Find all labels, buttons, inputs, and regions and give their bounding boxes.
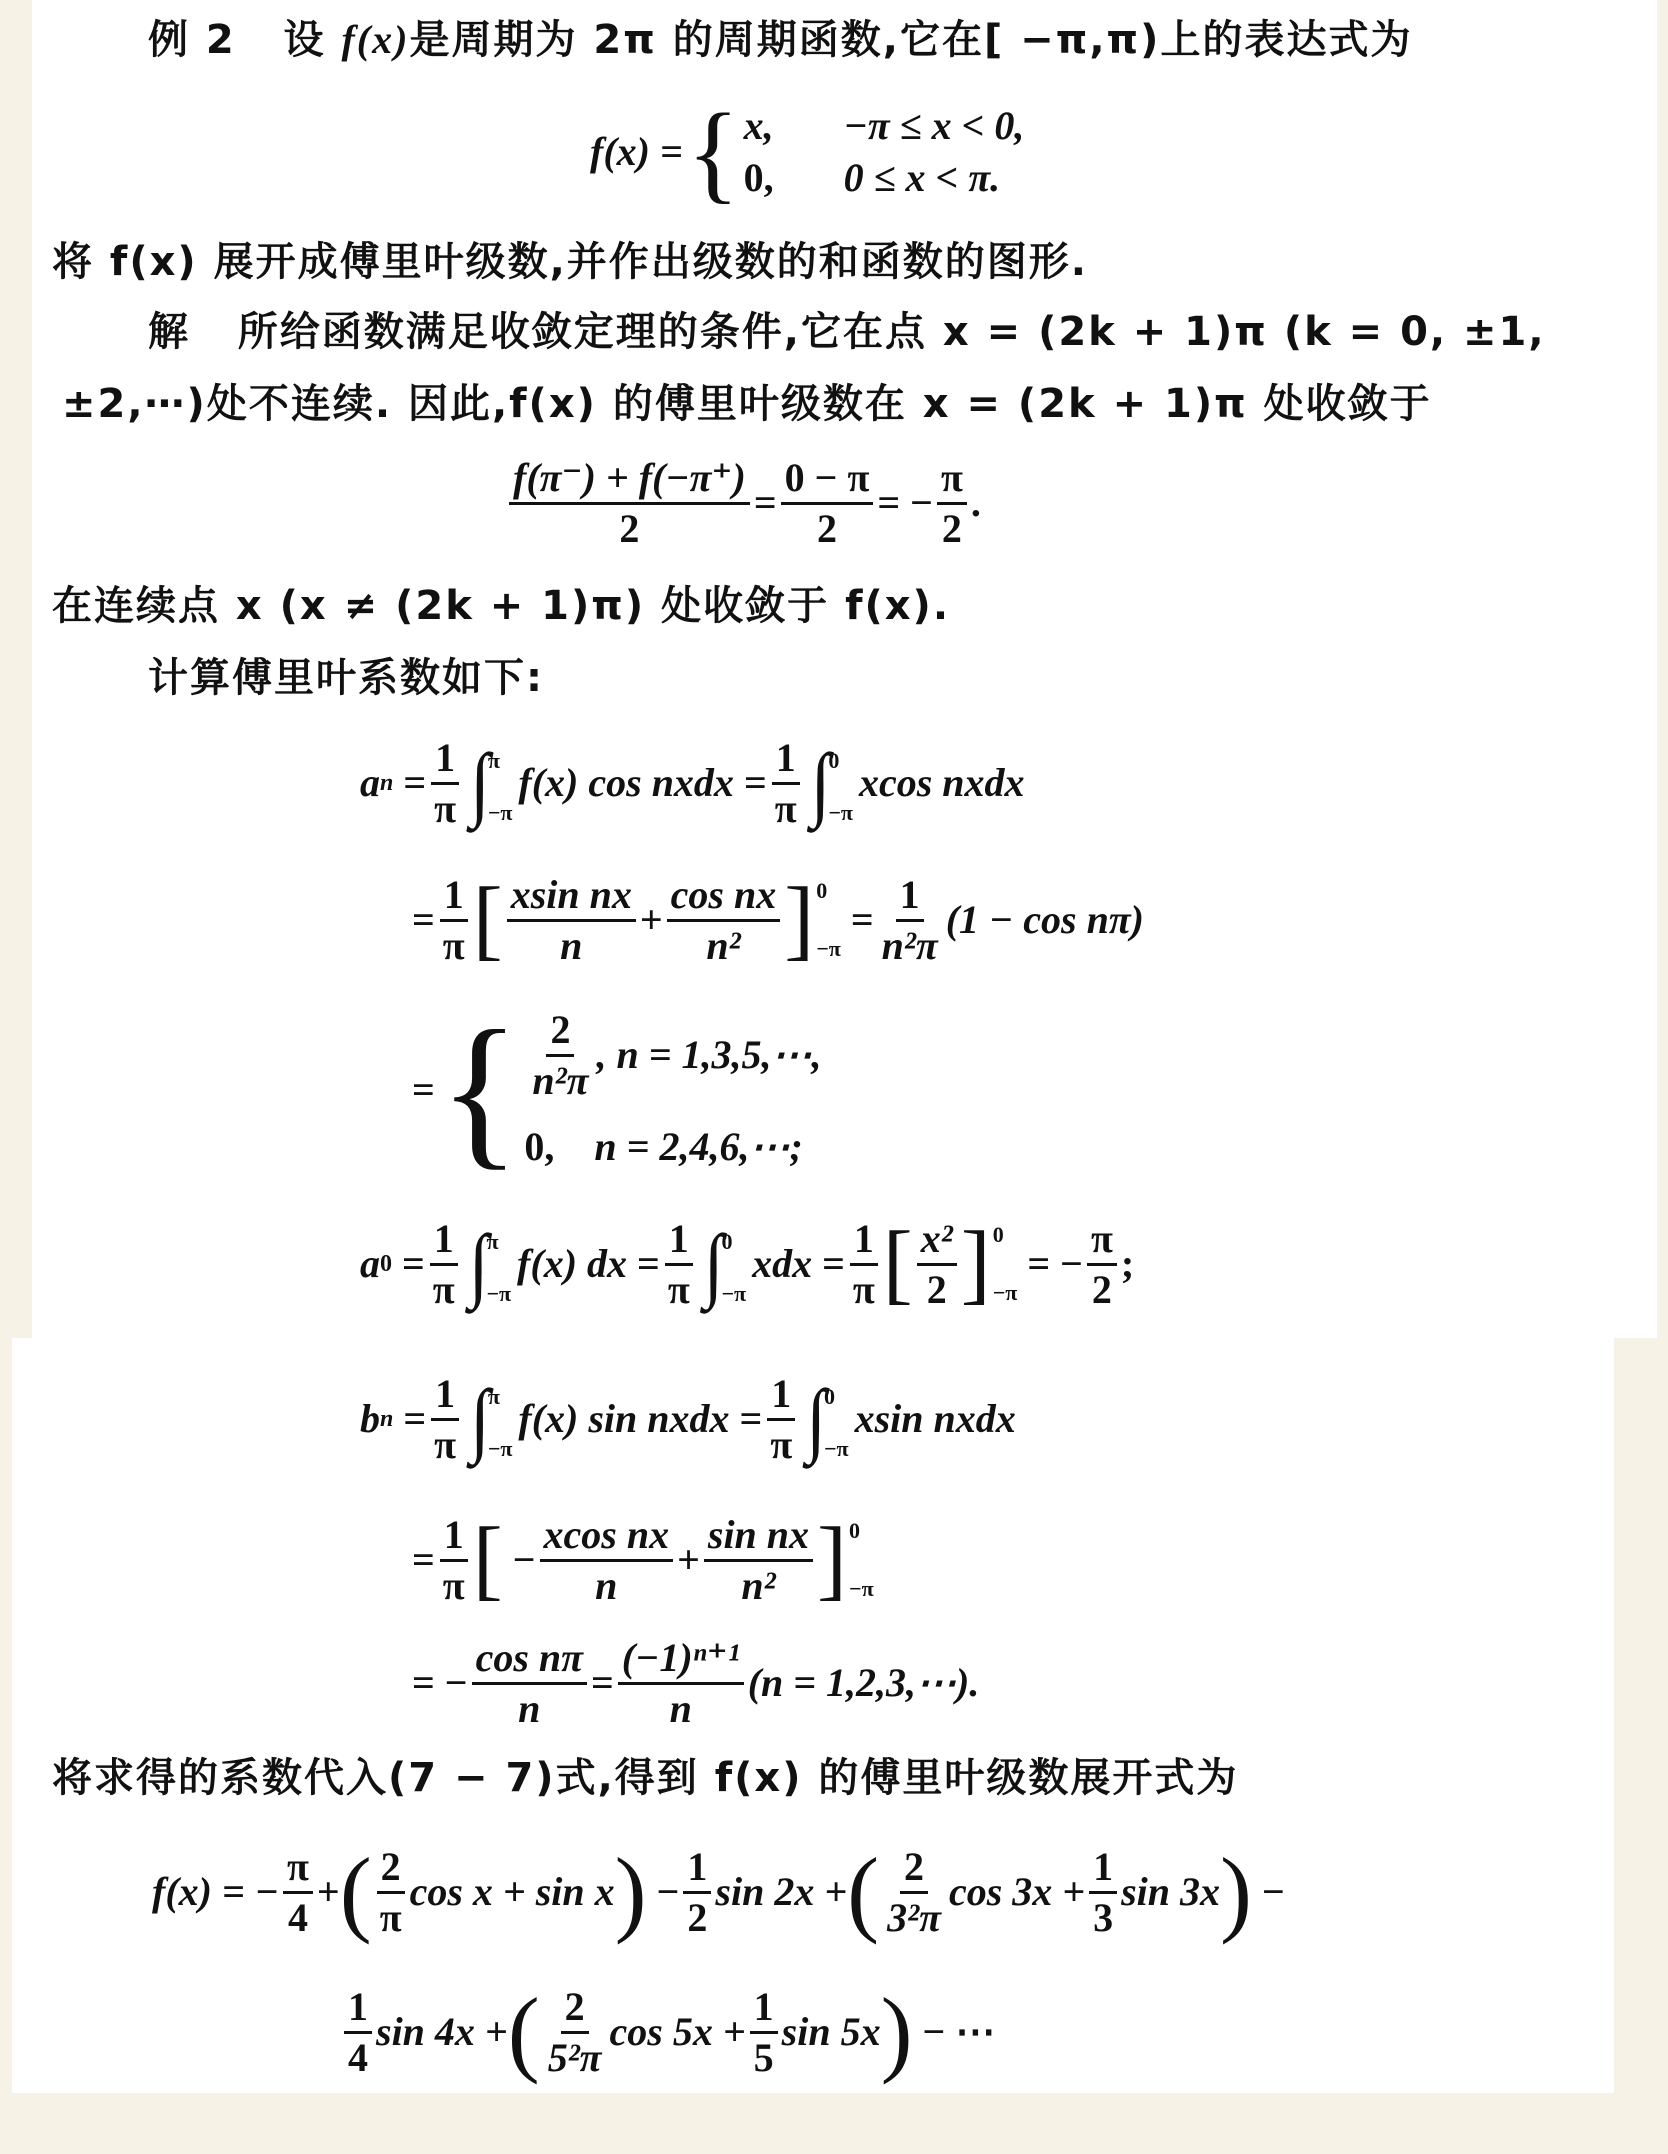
conclusion-text: 将求得的系数代入(7 − 7)式,得到 f(x) 的傅里叶级数展开式为 — [52, 1752, 1238, 1804]
integral-sign: ∫π−π — [469, 1216, 511, 1312]
jump-average-formula: f(π⁻) + f(−π⁺)2 = 0 − π2 = − π2. — [505, 448, 981, 558]
integral-sign: ∫0−π — [811, 735, 853, 831]
example-statement: 例 2 设 f(x)是周期为 2π 的周期函数,它在[ −π,π)上的表达式为 — [148, 14, 1412, 66]
integral-sign: ∫0−π — [704, 1216, 746, 1312]
integral-sign: ∫0−π — [806, 1371, 848, 1467]
continuity-text: 在连续点 x (x ≠ (2k + 1)π) 处收敛于 f(x). — [52, 580, 950, 632]
an-formula-line-2: = 1π [ xsin nxn + cos nxn² ]0−π = 1n²π (… — [412, 860, 1144, 980]
piecewise-definition: f(x) = { x,−π ≤ x < 0, 0,0 ≤ x < π. — [590, 92, 1024, 212]
task-text: 将 f(x) 展开成傅里叶级数,并作出级数的和函数的图形. — [52, 236, 1088, 288]
integral-sign: ∫π−π — [470, 1371, 512, 1467]
piecewise-cases: x,−π ≤ x < 0, 0,0 ≤ x < π. — [744, 100, 1025, 204]
integral-sign: ∫π−π — [470, 735, 512, 831]
coefficient-intro: 计算傅里叶系数如下: — [148, 652, 544, 704]
bn-formula-line-2: = 1π [ − xcos nxn + sin nxn² ]0−π — [412, 1500, 874, 1620]
bn-formula-line-3: = − cos nπn = (−1)ⁿ⁺¹n (n = 1,2,3,⋯). — [412, 1628, 979, 1738]
series-line-1: f(x) = − π4 + ( 2πcos x + sin x ) − 12si… — [152, 1832, 1285, 1952]
an-formula-cases: = { 2n²π, n = 1,3,5,⋯, 0,n = 2,4,6,⋯; — [412, 1000, 822, 1180]
solution-line-1: 解 所给函数满足收敛定理的条件,它在点 x = (2k + 1)π (k = 0… — [148, 306, 1546, 358]
bn-formula-line-1: bn = 1π ∫π−π f(x) sin nxdx = 1π ∫0−π xsi… — [360, 1364, 1016, 1474]
solution-label: 解 — [148, 309, 190, 355]
series-line-2: 14sin 4x + ( 25²πcos 5x + 15sin 5x ) − ⋯ — [340, 1972, 995, 2092]
a0-formula: a0 = 1π ∫π−π f(x) dx = 1π ∫0−π xdx = 1π … — [360, 1204, 1134, 1324]
example-label: 例 2 — [148, 17, 236, 63]
an-formula-line-1: an = 1π ∫π−π f(x) cos nxdx = 1π ∫0−π xco… — [360, 728, 1025, 838]
solution-line-2: ±2,⋯)处不连续. 因此,f(x) 的傅里叶级数在 x = (2k + 1)π… — [62, 378, 1432, 430]
